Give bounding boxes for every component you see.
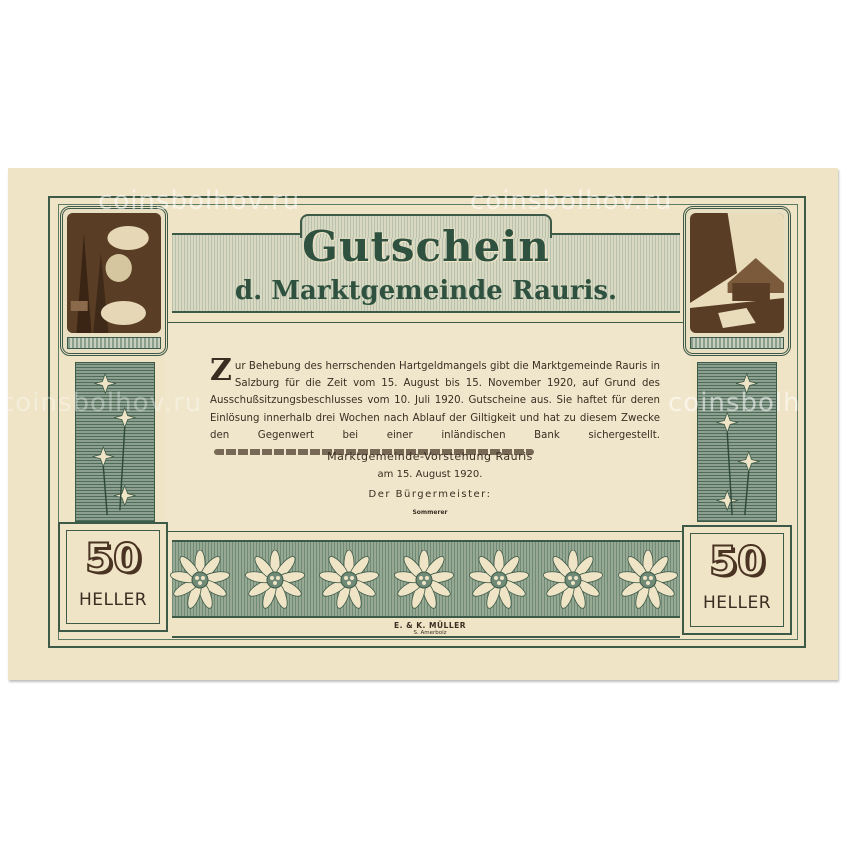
denomination-right: 50 HELLER <box>682 525 792 635</box>
edelweiss-icon <box>245 550 305 610</box>
printer-place: S. Amerbolz <box>360 630 500 636</box>
value-unit: HELLER <box>684 593 790 613</box>
farmhouse-image <box>690 213 784 333</box>
edelweiss-icon <box>170 550 230 610</box>
denomination-left: 50 HELLER <box>58 522 168 632</box>
date-line: am 15. August 1920. <box>200 469 660 480</box>
edelweiss-icon <box>469 550 529 610</box>
farmhouse-vignette <box>683 206 791 356</box>
watermark: coinsbolhov.ru <box>470 186 672 216</box>
right-edelweiss-strip <box>697 362 777 522</box>
watermark: coinsbolhov.ru <box>98 186 300 216</box>
mayor-label: Der Bürgermeister: <box>200 489 660 500</box>
forest-vignette <box>60 206 168 356</box>
forest-image <box>67 213 161 333</box>
left-edelweiss-strip <box>75 362 155 522</box>
printer-name: E. & K. MÜLLER <box>360 621 500 630</box>
watermark: coinsbolhov.ru <box>0 388 202 418</box>
vignette-plate <box>690 337 784 349</box>
note-subtitle: d. Marktgemeinde Rauris. <box>172 276 680 306</box>
edelweiss-icon <box>394 550 454 610</box>
value-unit: HELLER <box>60 590 166 610</box>
issuer-line: Marktgemeinde-Vorstehung Rauris <box>200 450 660 463</box>
body-paragraph: ur Behebung des herrschenden Hartgeldman… <box>210 361 660 441</box>
printer-imprint: E. & K. MÜLLER S. Amerbolz <box>360 621 500 636</box>
edelweiss-icon <box>543 550 603 610</box>
edelweiss-icon <box>618 550 678 610</box>
dropcap: Z <box>210 358 232 384</box>
bottom-rule <box>172 636 680 638</box>
body-text: Zur Behebung des herrschenden Hartgeldma… <box>210 358 660 461</box>
mayor-signature: Sommerer <box>200 509 660 516</box>
value-number: 50 <box>60 536 166 582</box>
edelweiss-icon <box>319 550 379 610</box>
note-title: Gutschein <box>172 222 680 271</box>
watermark: coinsbolh <box>668 388 801 418</box>
vignette-plate <box>67 337 161 349</box>
value-number: 50 <box>684 539 790 585</box>
